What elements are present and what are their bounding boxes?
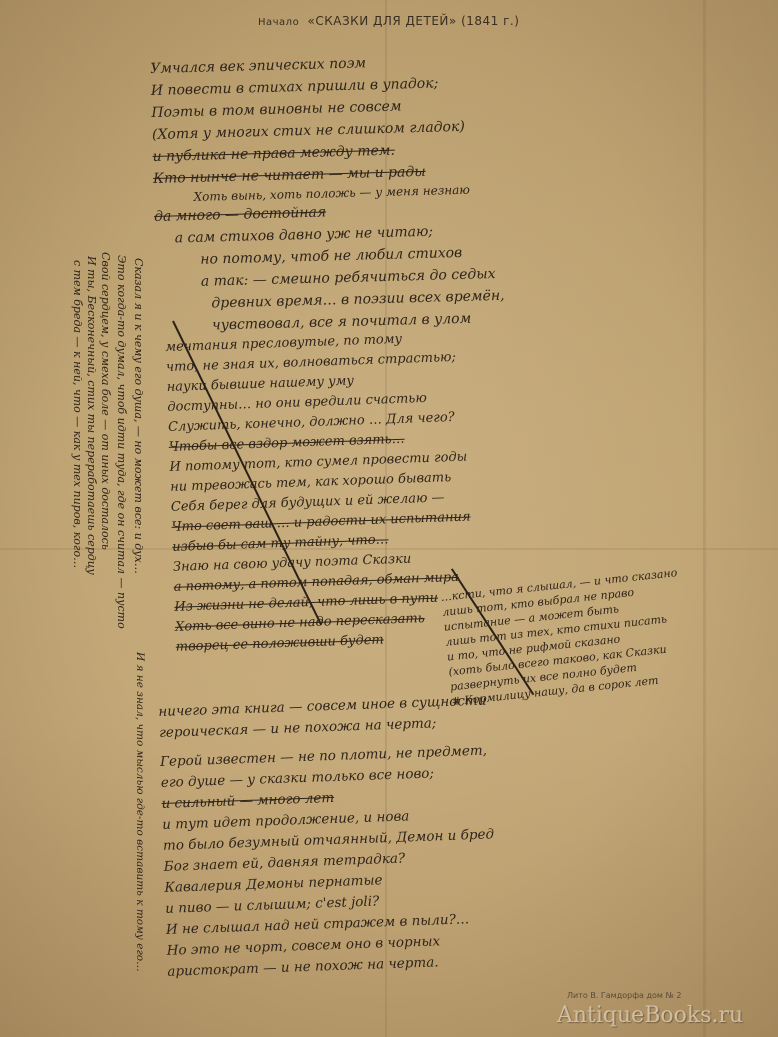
manuscript-right-insert: …ксти, что я слышал, — и что сказано лиш… <box>440 565 689 709</box>
manuscript-block-2: мечтания пресловутые, по тому что, не зн… <box>165 328 475 658</box>
watermark: AntiqueBooks.ru <box>557 1003 743 1028</box>
header-prefix: Начало <box>258 17 299 28</box>
header-year: (1841 г.) <box>461 14 519 28</box>
margin-note-column: Это когда-то думал, чтоб идти туда, где … <box>115 255 128 629</box>
paper-fold-vertical-right <box>703 0 706 1037</box>
header-title: «СКАЗКИ ДЛЯ ДЕТЕЙ» <box>308 14 457 28</box>
margin-note-column: И я не знал, что мыслью где-то вставить … <box>134 652 146 972</box>
manuscript-block-1: Умчался век эпических поэм И повести в с… <box>150 49 505 338</box>
margin-note-column: Свой сердцем, у смеха боле — от иных дос… <box>99 252 112 550</box>
page-header: Начало «СКАЗКИ ДЛЯ ДЕТЕЙ» (1841 г.) <box>258 14 519 28</box>
printer-mark: Лито В. Гамдорфа дом № 2 <box>567 991 681 1000</box>
margin-note-column: с тем бреда — к ней, что — как у тех пир… <box>71 260 84 568</box>
manuscript-block-3: ничего эта книга — совсем иное в сущност… <box>158 690 499 982</box>
margin-note-column: И ты, Бесконечный, стих ты переработаешь… <box>85 256 98 575</box>
margin-note-column: Сказал я и к чему его душа, — но может в… <box>132 258 145 574</box>
